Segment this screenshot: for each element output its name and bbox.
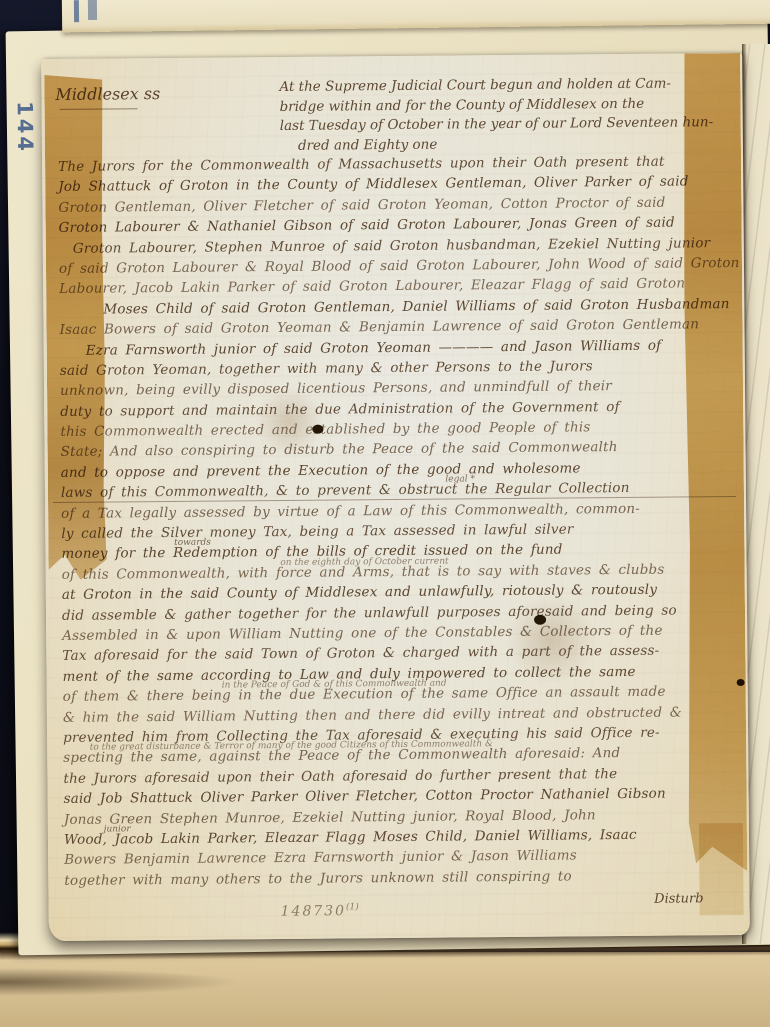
interlineation: junior	[104, 824, 131, 834]
folio-number: 144	[13, 101, 38, 154]
interlineation: legal *	[445, 475, 475, 485]
court-heading: At the Supreme Judicial Court begun and …	[279, 75, 723, 157]
interlineation: towards	[174, 538, 211, 548]
underlying-page	[0, 952, 770, 1027]
repair-tape-left	[44, 75, 106, 580]
catchword: Disturb	[654, 891, 704, 906]
pencil-catalog-number: 148730(1)	[281, 902, 359, 919]
catalog-number-superscript: (1)	[346, 902, 359, 912]
photographed-manuscript-page: 144 Middlesex ss At the Supreme Judicial…	[0, 0, 770, 1027]
ink-blot	[534, 615, 546, 625]
interlineation: in the Peace of God & of this Commonweal…	[222, 679, 447, 691]
partial-folio-mark	[74, 0, 79, 22]
repair-tape-remnant	[699, 823, 744, 915]
manuscript-lines: The Jurors for the Commonwealth of Massa…	[58, 153, 727, 893]
interlineation: on the eighth day of October current	[280, 556, 448, 567]
repair-tape-right	[682, 53, 747, 871]
manuscript-line: together with many others to the Jurors …	[64, 867, 727, 893]
manuscript-leaf: Middlesex ss At the Supreme Judicial Cou…	[41, 53, 750, 941]
partial-folio-mark	[88, 0, 97, 20]
ink-blot	[312, 425, 323, 434]
catalog-number-text: 148730	[281, 903, 347, 920]
